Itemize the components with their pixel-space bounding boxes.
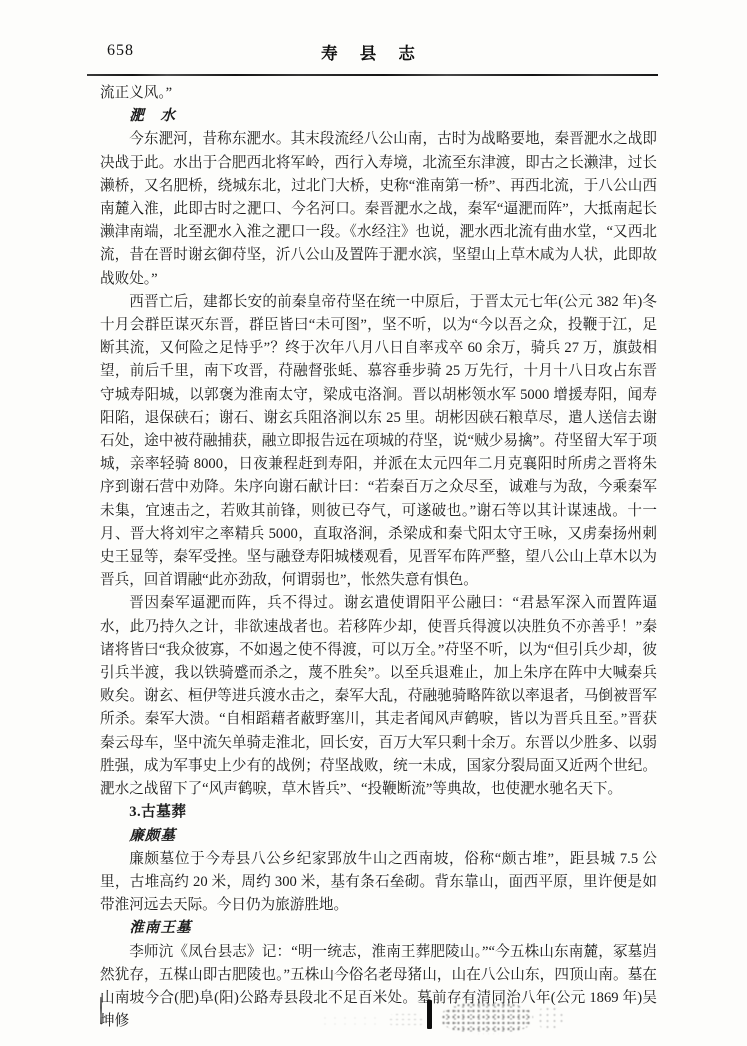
book-title: 寿 县 志 xyxy=(88,40,657,64)
scanned-book-page: 658 寿 县 志 流正义风。” 淝 水 今东淝河，昔称东淝水。其末段流经八公山… xyxy=(0,0,747,1046)
header-rule xyxy=(87,74,658,76)
heading-ancient-tombs: 3.古墓葬 xyxy=(100,801,657,824)
paragraph-continuation: 流正义风。” xyxy=(100,82,657,105)
paragraph-feishui-2: 西晋亡后，建都长安的前秦皇帝苻坚在统一中原后，于晋太元七年(公元 382 年)冬… xyxy=(100,291,657,593)
paragraph-feishui-1: 今东淝河，昔称东淝水。其末段流经八公山南，古时为战略要地，秦晋淝水之战即决战于此… xyxy=(100,128,657,290)
heading-lianpo-tomb: 廉颇墓 xyxy=(100,825,657,848)
heading-feishui: 淝 水 xyxy=(100,105,657,128)
heading-huainan-king-tomb: 淮南王墓 xyxy=(100,917,657,940)
paragraph-feishui-3: 晋因秦军逼淝而阵，兵不得过。谢玄遣使谓阳平公融曰：“君悬军深入而置阵逼水，此乃持… xyxy=(100,592,657,801)
paragraph-lianpo-tomb: 廉颇墓位于今寿县八公乡纪家郢放牛山之西南坡，俗称“颇古堆”，距县城 7.5 公里… xyxy=(100,848,657,918)
running-head: 658 寿 县 志 xyxy=(88,40,657,66)
paragraph-huainan-king-tomb: 李师沆《凤台县志》记：“明一统志，淮南王葬肥陵山。”“今五株山东南麓，冢墓岿然犹… xyxy=(100,941,657,1034)
page-body: 流正义风。” 淝 水 今东淝河，昔称东淝水。其末段流经八公山南，古时为战略要地，… xyxy=(100,82,657,1033)
